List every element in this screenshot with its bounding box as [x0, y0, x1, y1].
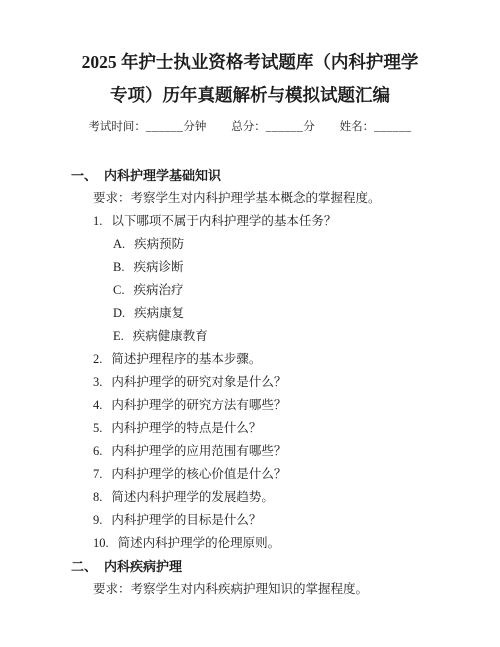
question-number: 10.	[93, 536, 109, 550]
option-letter: C.	[113, 283, 124, 297]
option-text: 疾病诊断	[133, 260, 183, 274]
option-item: E.疾病健康教育	[0, 325, 500, 348]
total-score-unit: 分	[303, 121, 315, 133]
option-item: C.疾病治疗	[0, 279, 500, 302]
question-number: 3.	[93, 375, 102, 389]
exam-meta-line: 考试时间：______分钟 总分：______分 姓名：______	[0, 119, 500, 135]
question-item: 7.内科护理学的核心价值是什么？	[0, 463, 500, 486]
exam-paper-document: 2025 年护士执业资格考试题库（内科护理学 专项）历年真题解析与模拟试题汇编 …	[0, 0, 500, 647]
question-number: 8.	[93, 490, 102, 504]
total-score-group: 总分：______分	[231, 119, 315, 135]
document-title-line-2: 专项）历年真题解析与模拟试题汇编	[0, 79, 500, 112]
question-item: 6.内科护理学的应用范围有哪些？	[0, 440, 500, 463]
question-text: 简述护理程序的基本步骤。	[111, 352, 261, 366]
question-text: 简述内科护理学的伦理原则。	[118, 536, 281, 550]
section-heading: 二、内科疾病护理	[0, 555, 500, 578]
question-number: 9.	[93, 513, 102, 527]
option-item: B.疾病诊断	[0, 256, 500, 279]
question-text: 内科护理学的特点是什么？	[111, 421, 261, 435]
option-letter: B.	[113, 260, 124, 274]
name-label: 姓名：	[340, 121, 375, 133]
section-requirement: 要求：考察学生对内科疾病护理知识的掌握程度。	[0, 578, 500, 601]
document-title-line-1: 2025 年护士执业资格考试题库（内科护理学	[0, 46, 500, 79]
section-requirement: 要求：考察学生对内科护理学基本概念的掌握程度。	[0, 187, 500, 210]
document-body: 一、内科护理学基础知识要求：考察学生对内科护理学基本概念的掌握程度。1.以下哪项…	[0, 164, 500, 601]
exam-time-label: 考试时间：	[88, 121, 146, 133]
question-text: 内科护理学的核心价值是什么？	[111, 467, 286, 481]
name-blank: ______	[374, 121, 412, 133]
question-number: 6.	[93, 444, 102, 458]
total-score-label: 总分：	[231, 121, 266, 133]
option-text: 疾病康复	[134, 306, 184, 320]
question-item: 9.内科护理学的目标是什么？	[0, 509, 500, 532]
question-text: 以下哪项不属于内科护理学的基本任务？	[111, 214, 336, 228]
section-heading: 一、内科护理学基础知识	[0, 164, 500, 187]
option-letter: A.	[113, 237, 125, 251]
option-text: 疾病预防	[134, 237, 184, 251]
question-number: 5.	[93, 421, 102, 435]
question-text: 内科护理学的目标是什么？	[111, 513, 261, 527]
question-number: 7.	[93, 467, 102, 481]
question-number: 1.	[93, 214, 102, 228]
question-number: 4.	[93, 398, 102, 412]
name-group: 姓名：______	[340, 119, 412, 135]
question-item: 4.内科护理学的研究方法有哪些？	[0, 394, 500, 417]
option-text: 疾病治疗	[133, 283, 183, 297]
option-letter: D.	[113, 306, 125, 320]
question-text: 内科护理学的研究对象是什么？	[111, 375, 286, 389]
total-score-blank: ______	[266, 121, 304, 133]
exam-time-group: 考试时间：______分钟	[88, 119, 206, 135]
section-marker: 二、	[71, 559, 97, 574]
exam-time-blank: ______	[146, 121, 184, 133]
question-number: 2.	[93, 352, 102, 366]
question-item: 8.简述内科护理学的发展趋势。	[0, 486, 500, 509]
question-text: 简述内科护理学的发展趋势。	[111, 490, 274, 504]
section-marker: 一、	[71, 168, 97, 183]
section-heading-text: 内科护理学基础知识	[104, 168, 221, 183]
option-item: D.疾病康复	[0, 302, 500, 325]
option-text: 疾病健康教育	[133, 329, 208, 343]
option-item: A.疾病预防	[0, 233, 500, 256]
question-item: 10.简述内科护理学的伦理原则。	[0, 532, 500, 555]
section-heading-text: 内科疾病护理	[104, 559, 182, 574]
question-text: 内科护理学的应用范围有哪些？	[111, 444, 286, 458]
question-item: 5.内科护理学的特点是什么？	[0, 417, 500, 440]
question-item: 2.简述护理程序的基本步骤。	[0, 348, 500, 371]
exam-time-unit: 分钟	[183, 121, 206, 133]
question-item: 3.内科护理学的研究对象是什么？	[0, 371, 500, 394]
option-letter: E.	[113, 329, 124, 343]
question-text: 内科护理学的研究方法有哪些？	[111, 398, 286, 412]
document-title: 2025 年护士执业资格考试题库（内科护理学 专项）历年真题解析与模拟试题汇编	[0, 0, 500, 112]
question-item: 1.以下哪项不属于内科护理学的基本任务？	[0, 210, 500, 233]
